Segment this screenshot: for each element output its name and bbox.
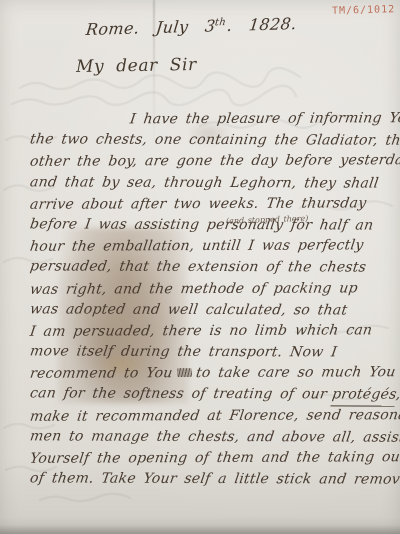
letter-line: hour the emballation, untill I was perfe… [30, 235, 396, 258]
line-text: other the boy, are gone the day before y… [29, 151, 400, 174]
dateline-ordinal: th [215, 17, 227, 28]
letter-line: was adopted and well calculated, so that [30, 299, 396, 321]
line-text: was adopted and well calculated, so that [28, 299, 348, 321]
line-text: persuaded, that the extension of the che… [28, 257, 367, 279]
interline-insertion: (and stopped there) [226, 208, 309, 232]
line-text: the two chests, one containing the Gladi… [28, 130, 400, 153]
letter-line: can for the softness of treating of ourp… [30, 384, 396, 406]
line-text: move itself during the transport. Now I [28, 341, 338, 363]
letter-line: I have the pleasure of informing You tha… [30, 108, 396, 131]
line-text: was right, and the methode of packing up [29, 278, 360, 301]
archival-reference: TM/6/1012 [332, 4, 395, 17]
letter-line: I am persuaded, there is no limb which c… [30, 320, 396, 343]
line-text: before I was assisting personally for ha… [28, 214, 374, 236]
letter-line: make it recommanded at Florence, send re… [30, 405, 396, 428]
letter-line: persuaded, that the extension of the che… [30, 257, 396, 279]
paper-bottom-edge-shadow [0, 525, 400, 534]
line-text: I am persuaded, there is no limb which c… [29, 320, 374, 343]
letter-page: TM/6/1012 Rome. July 3th. 1828. My dear … [0, 0, 400, 534]
line-text: recommend to You [29, 363, 174, 385]
letter-line: of them. Take Your self a little stick a… [30, 469, 396, 491]
letter-line: men to manage the chests, and above all,… [30, 426, 396, 448]
letter-line: recommend to Youto take care so much You [30, 362, 396, 385]
letter-line: move itself during the transport. Now I [30, 341, 396, 363]
letter-line: before I was assisting personally for ha… [30, 214, 396, 236]
line-text: I have the pleasure of informing You tha… [129, 108, 400, 131]
line-text: to take care so much You [194, 362, 396, 384]
letter-line: the two chests, one containing the Gladi… [30, 130, 396, 152]
letter-line: and that by sea, through Leghorn, they s… [30, 172, 396, 194]
letter-line: Yourself the opening of them and the tak… [30, 447, 396, 470]
letter-line: arrive about after two weeks. The thursd… [30, 193, 396, 216]
line-text: Yourself the opening of them and the tak… [29, 447, 400, 470]
letter-body: I have the pleasure of informing You tha… [30, 109, 396, 490]
line-text: of them. Take Your self a little stick a… [28, 469, 400, 492]
crossed-out-word [176, 368, 191, 377]
line-text: can for the softness of treating of our [28, 384, 328, 406]
salutation: My dear Sir [76, 55, 197, 77]
letter-line: other the boy, are gone the day before y… [30, 151, 396, 174]
line-text: men to manage the chests, and above all,… [28, 426, 400, 449]
dateline-year: . 1828. [226, 14, 298, 35]
dateline-place: Rome. [85, 18, 141, 39]
line-text: arrive about after two weeks. The thursd… [29, 193, 368, 216]
dateline-date: July 3 [155, 16, 217, 37]
line-text: and that by sea, through Leghorn, they s… [28, 172, 380, 194]
line-text: make it recommanded at Florence, send re… [29, 405, 400, 428]
letter-line: was right, and the methode of packing up [30, 278, 396, 301]
underlined-word: protégés [330, 385, 398, 407]
line-text: hour the emballation, untill I was perfe… [29, 235, 365, 258]
